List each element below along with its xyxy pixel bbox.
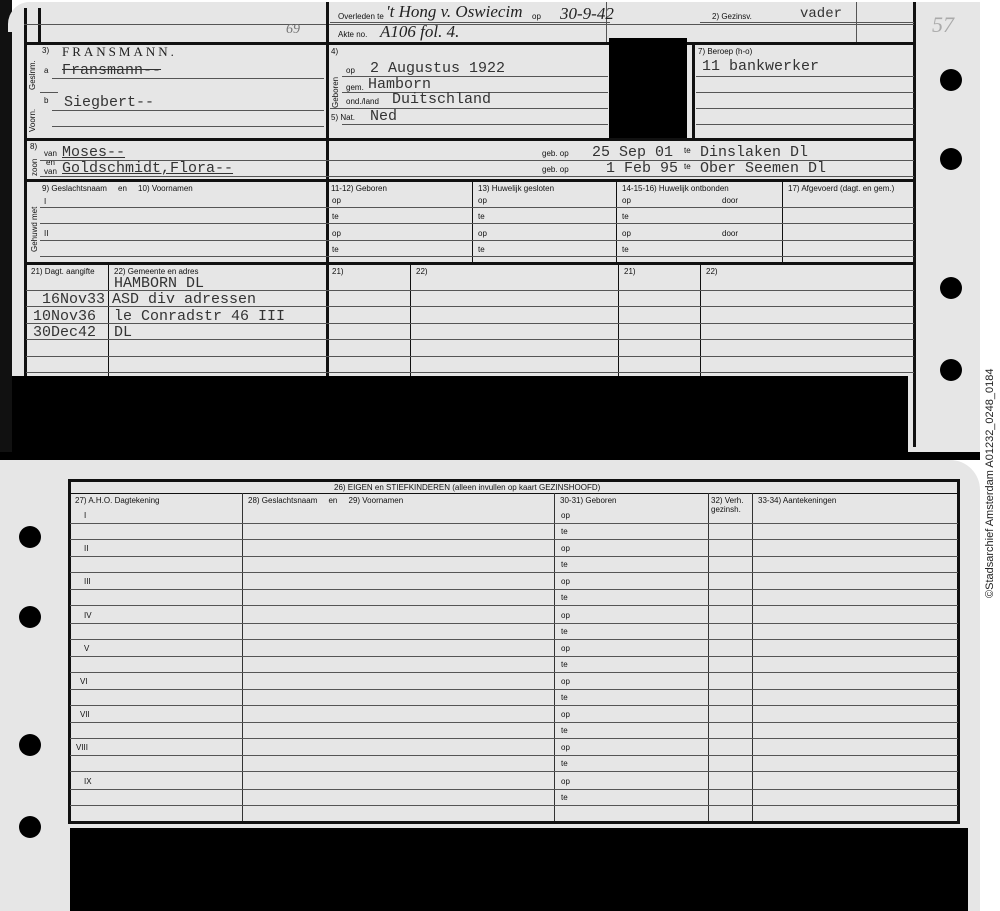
col-aho: 27) A.H.O. Dagtekening (75, 496, 160, 505)
addr-col-date2: 21) (332, 267, 344, 276)
name-b-label: b (44, 96, 48, 105)
gem-label: gem. (346, 83, 364, 92)
child-born-op: op (561, 677, 570, 686)
married-te-1: te (478, 212, 485, 221)
marriage-col-removed: 17) Afgevoerd (dagt. en gem.) (788, 184, 894, 193)
born-te-2: te (332, 245, 339, 254)
marriage-col-names: 9) Geslachtsnaam en 10) Voornamen (42, 184, 193, 193)
zoon-label: zoon (30, 159, 39, 176)
gehuwd-label: Gehuwd met (30, 207, 39, 252)
punch-hole (940, 277, 962, 299)
top-card-left-edge (0, 0, 12, 452)
addr-row-1-date: 16Nov33 (42, 291, 105, 308)
col-notes: 33-34) Aantekeningen (758, 496, 836, 505)
child-born-op: op (561, 710, 570, 719)
overleden-place: 't Hong v. Oswiecim (386, 2, 522, 22)
child-born-te: te (561, 593, 568, 602)
father-geb-op-label: geb. op (542, 149, 569, 158)
punch-hole (940, 359, 962, 381)
child-row-numeral: IV (84, 611, 92, 620)
col-verh: 32) Verh. gezinsh. (711, 496, 751, 514)
punch-hole (940, 69, 962, 91)
birth-op-label: op (346, 66, 355, 75)
geslnm-label: Geslnm. (28, 60, 37, 90)
dissolved-te-2: te (622, 245, 629, 254)
name-num: 3) (42, 46, 49, 55)
col-child-names: 28) Geslachtsnaam en 29) Voornamen (248, 496, 403, 505)
child-born-op: op (561, 644, 570, 653)
born-op-2: op (332, 229, 341, 238)
geboren-label: Geboren (331, 77, 340, 108)
child-born-te: te (561, 726, 568, 735)
akte-label: Akte no. (338, 30, 367, 39)
first-name: Siegbert-- (64, 94, 154, 111)
addr-col-address3: 22) (706, 267, 718, 276)
addr-col-date: 21) Dagt. aangifte (31, 267, 95, 276)
father-birth-date: 25 Sep 01 (592, 144, 673, 161)
col-child-born: 30-31) Geboren (560, 496, 616, 505)
occupation-value: 11 bankwerker (702, 58, 819, 75)
overleden-date: 30-9-42 (560, 4, 614, 24)
dissolved-op-1: op (622, 196, 631, 205)
punch-hole (19, 606, 41, 628)
land-label: ond./land (346, 97, 379, 106)
redaction-top-bottom (12, 376, 908, 454)
married-op-2: op (478, 229, 487, 238)
addr-col-date3: 21) (624, 267, 636, 276)
name-a-label: a (44, 66, 48, 75)
child-row-numeral: VII (80, 710, 90, 719)
child-row-numeral: IX (84, 777, 92, 786)
mother-name: Goldschmidt,Flora-- (62, 160, 233, 177)
nat-label: 5) Nat. (331, 113, 355, 122)
birth-date: 2 Augustus 1922 (370, 60, 505, 77)
dissolved-te-1: te (622, 212, 629, 221)
punch-hole (19, 734, 41, 756)
birth-country: Duitschland (392, 91, 491, 108)
child-row-numeral: I (84, 511, 86, 520)
marriage-col-married: 13) Huwelijk gesloten (478, 184, 554, 193)
child-row-numeral: VIII (76, 743, 88, 752)
born-te-1: te (332, 212, 339, 221)
marriage-row-ii: II (44, 229, 48, 238)
corner-number: 57 (932, 12, 954, 38)
addr-row-1-address: ASD div adressen (112, 291, 256, 308)
mother-birth-date: 1 Feb 95 (606, 160, 678, 177)
addr-row-3-date: 30Dec42 (33, 324, 96, 341)
redaction-photo (609, 38, 687, 138)
born-op-1: op (332, 196, 341, 205)
child-born-op: op (561, 611, 570, 620)
occupation-label: 7) Beroep (h-o) (698, 47, 752, 56)
dissolved-door-2: door (722, 229, 738, 238)
mother-te-label: te (684, 162, 691, 171)
addr-row-2-date: 10Nov36 (33, 308, 96, 325)
married-op-1: op (478, 196, 487, 205)
addr-row-0-address: HAMBORN DL (114, 275, 204, 292)
surname-handwritten: FRANSMANN. (62, 44, 177, 60)
punch-hole (940, 148, 962, 170)
child-row-numeral: VI (80, 677, 88, 686)
addr-col-address2: 22) (416, 267, 428, 276)
card-gap (0, 452, 980, 460)
child-born-te: te (561, 527, 568, 536)
child-born-te: te (561, 793, 568, 802)
van-label-2: van (44, 167, 57, 176)
van-label-1: van (44, 149, 57, 158)
child-born-op: op (561, 743, 570, 752)
child-row-numeral: V (84, 644, 89, 653)
nat-label-text: Nat. (340, 113, 355, 122)
father-te-label: te (684, 146, 691, 155)
nationality: Ned (370, 108, 397, 125)
mother-birth-place: Ober Seemen Dl (700, 160, 826, 177)
child-born-op: op (561, 544, 570, 553)
children-section-title: 26) EIGEN en STIEFKINDEREN (alleen invul… (334, 483, 600, 492)
dissolved-door-1: door (722, 196, 738, 205)
father-name: Moses-- (62, 144, 125, 161)
child-born-te: te (561, 759, 568, 768)
punch-hole (19, 816, 41, 838)
child-born-op: op (561, 577, 570, 586)
married-te-2: te (478, 245, 485, 254)
addr-row-3-address: DL (114, 324, 132, 341)
parents-num: 8) (30, 142, 37, 151)
birth-num: 4) (331, 47, 338, 56)
mother-geb-op-label: geb. op (542, 165, 569, 174)
copyright-text: ©Stadsarchief Amsterdam A01232_0248_0184 (984, 369, 996, 599)
redaction-bottom (70, 828, 968, 911)
overleden-label: Overleden te (338, 12, 384, 21)
dissolved-op-2: op (622, 229, 631, 238)
voorn-label: Voorn. (28, 109, 37, 132)
child-born-te: te (561, 627, 568, 636)
addr-row-2-address: le Conradstr 46 III (114, 308, 285, 325)
punch-hole (19, 526, 41, 548)
marriage-col-dissolved: 14-15-16) Huwelijk ontbonden (622, 184, 729, 193)
child-row-numeral: III (84, 577, 91, 586)
child-born-te: te (561, 693, 568, 702)
marriage-col-born: 11-12) Geboren (331, 184, 387, 193)
child-born-op: op (561, 511, 570, 520)
father-birth-place: Dinslaken Dl (700, 144, 808, 161)
marriage-row-i: I (44, 197, 46, 206)
child-born-te: te (561, 560, 568, 569)
margin-number: 69 (286, 22, 300, 38)
child-born-op: op (561, 777, 570, 786)
nat-num: 5) (331, 113, 338, 122)
overleden-op-label: op (532, 12, 541, 21)
child-row-numeral: II (84, 544, 88, 553)
surname-typed: Fransmann-- (62, 62, 161, 79)
gezinsv-label: 2) Gezinsv. (712, 12, 752, 21)
gezinsv-value: vader (800, 6, 842, 22)
child-born-te: te (561, 660, 568, 669)
akte-value: A106 fol. 4. (380, 22, 459, 42)
